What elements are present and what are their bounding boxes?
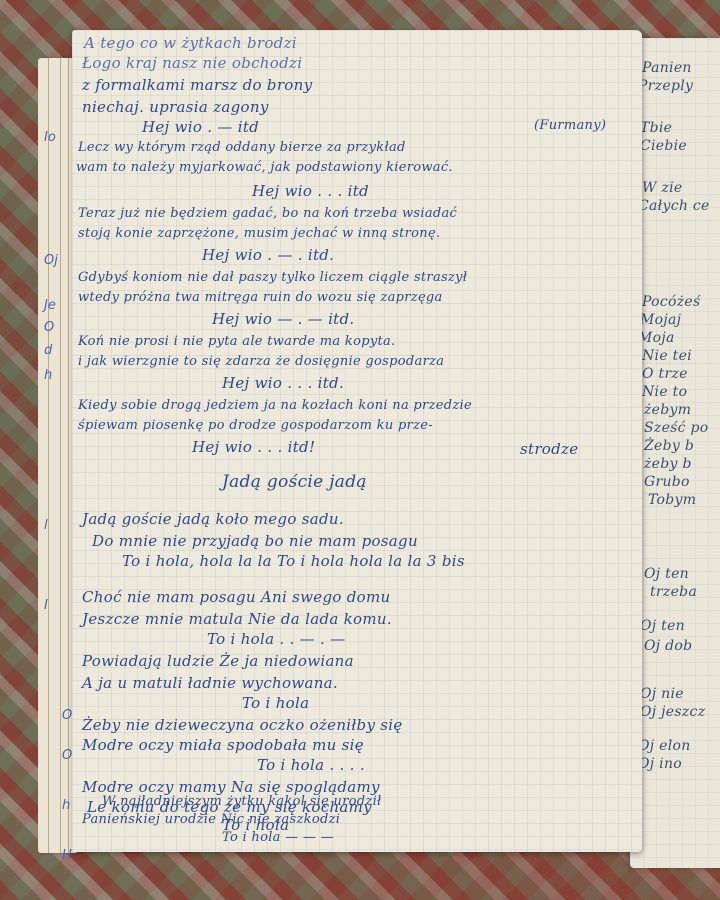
handwritten-line: Sześć po (644, 420, 709, 436)
margin-scrap: O (44, 320, 54, 335)
margin-scrap: O (62, 748, 72, 763)
handwritten-line: Teraz już nie będziem gadać, bo na koń t… (78, 206, 457, 221)
handwritten-line: Hej wio . . . itd! (192, 438, 315, 456)
handwritten-line: Nie tei (642, 348, 692, 364)
margin-scrap: H (62, 848, 72, 863)
handwritten-line: Hej wio . . . itd. (222, 374, 344, 392)
handwritten-line: wtedy próżna twa mitręga ruin do wozu si… (78, 290, 443, 305)
handwritten-line: niechaj. uprasia zagony (82, 98, 269, 116)
handwritten-line: Panien (642, 60, 692, 76)
handwritten-line: Do mnie nie przyjadą bo nie mam posagu (92, 532, 418, 550)
handwritten-line: A tego co w żytkach brodzi (84, 34, 297, 52)
handwritten-line: Całych ce (638, 198, 710, 214)
song-title: Jadą goście jadą (222, 472, 367, 492)
margin-scrap: l (44, 518, 48, 533)
page-bottom-lines (82, 822, 642, 852)
margin-scrap: Oj (44, 253, 58, 268)
margin-scrap: d (44, 343, 52, 358)
margin-scrap: h (62, 798, 70, 813)
handwritten-line: Oj ten (644, 566, 689, 582)
handwritten-line: Choć nie mam posagu Ani swego domu (82, 588, 391, 606)
notebook-right-page: Panien Przeply Tbie Ciebie W zie Całych … (630, 38, 720, 868)
handwritten-line: Jeszcze mnie matula Nie da lada komu. (82, 610, 392, 628)
handwritten-line: Koń nie prosi i nie pyta ale twarde ma k… (78, 334, 395, 349)
handwritten-line: Pocóżeś (642, 294, 701, 310)
margin-scrap: h (44, 368, 52, 383)
handwritten-line: Oj nie (640, 686, 684, 702)
handwritten-line: To i hola, hola la la To i hola hola la … (122, 552, 465, 570)
handwritten-line: Tobym (648, 492, 696, 508)
handwritten-line: Ciebie (640, 138, 687, 154)
handwritten-line: Powiadają ludzie Że ja niedowiana (82, 652, 354, 670)
handwritten-line: Hej wio . — . itd. (202, 246, 334, 264)
handwritten-line: Grubo (644, 474, 690, 490)
handwritten-line: stoją konie zaprzężone, musim jechać w i… (78, 226, 440, 241)
handwritten-line: Nie to (642, 384, 687, 400)
handwritten-line: strodze (520, 440, 578, 458)
handwritten-line: Oj jeszcz (640, 704, 705, 720)
handwritten-line: z formalkami marsz do brony (82, 76, 312, 94)
handwritten-line: To i hola (242, 694, 309, 712)
handwritten-line: Tbie (640, 120, 672, 136)
handwritten-line: żebym (644, 402, 691, 418)
handwritten-line: wam to należy myjarkować, jak podstawion… (76, 160, 453, 175)
handwritten-line: trzeba (650, 584, 697, 600)
handwritten-line: śpiewam piosenkę po drodze gospodarzom k… (78, 418, 433, 433)
handwritten-line: Oj dob (644, 638, 692, 654)
handwritten-line: Oj ten (640, 618, 685, 634)
section-label: (Furmany) (534, 118, 606, 133)
handwritten-line: Moja (638, 330, 675, 346)
handwritten-line: Oj ino (638, 756, 682, 772)
handwritten-line: Łogo kraj nasz nie obchodzi (82, 54, 302, 72)
handwritten-line: Hej wio . — itd (142, 118, 259, 136)
margin-scrap: I (44, 598, 48, 613)
handwritten-line: Lecz wy którym rząd oddany bierze za prz… (78, 140, 406, 155)
handwritten-line: Kiedy sobie drogą jedziem ja na kozłach … (78, 398, 472, 413)
handwritten-line: Mojaj (640, 312, 681, 328)
handwritten-line: Hej wio — . — itd. (212, 310, 354, 328)
handwritten-line: Żeby b (644, 438, 694, 454)
handwritten-line: Przeply (638, 78, 693, 94)
margin-scrap: O (62, 708, 72, 723)
handwritten-line: To i hola . . — . — (207, 630, 345, 648)
notebook-main-page: A tego co w żytkach brodzi Łogo kraj nas… (72, 30, 642, 852)
handwritten-line: A ja u matuli ładnie wychowana. (82, 674, 338, 692)
handwritten-line: Jadą goście jadą koło mego sadu. (82, 510, 344, 528)
handwritten-line: O trze (642, 366, 688, 382)
handwritten-line: żeby b (644, 456, 692, 472)
handwritten-line: Oj elon (638, 738, 691, 754)
margin-scrap: Io (44, 130, 56, 145)
handwritten-line: i jak wierzgnie to się zdarza że dosięgn… (78, 354, 444, 369)
handwritten-line: To i hola . . . . (257, 756, 365, 774)
handwritten-line: Żeby nie dzieweczyna oczko ożeniłby się (82, 716, 403, 734)
margin-scrap: Je (44, 298, 56, 313)
handwritten-line: Gdybyś koniom nie dał paszy tylko liczem… (78, 270, 467, 285)
handwritten-line: Modre oczy mamy Na się spoglądamy (82, 778, 380, 796)
handwritten-line: Modre oczy miała spodobała mu się (82, 736, 364, 754)
handwritten-line: Hej wio . . . itd (252, 182, 369, 200)
handwritten-line: W zie (642, 180, 682, 196)
handwritten-line: Le komu do tego że my się kochamy (87, 798, 372, 816)
